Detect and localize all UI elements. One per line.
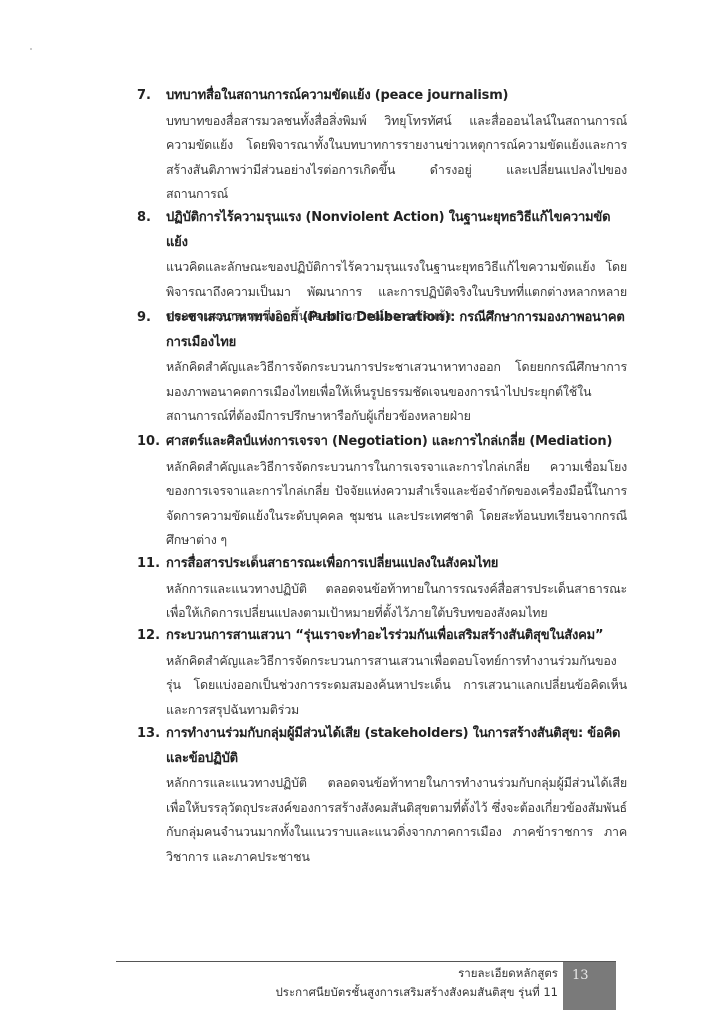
item-description: บทบาทของสื่อสารมวลชนทั้งสื่อสิ่งพิมพ์ วิ… [166, 109, 627, 207]
item-title: ปฏิบัติการไร้ความรุนแรง (Nonviolent Acti… [166, 206, 627, 255]
footer-caption: รายละเอียดหลักสูตร ประกาศนียบัตรชั้นสูงก… [276, 964, 559, 1002]
footer-line-1: รายละเอียดหลักสูตร [276, 964, 559, 983]
document-page: 7. บทบาทสื่อในสถานการณ์ความขัดแย้ง (peac… [0, 0, 724, 1024]
item-description: หลักการและแนวทางปฏิบัติ ตลอดจนข้อท้าทายใ… [166, 577, 627, 626]
page-number-box: 13 [563, 962, 616, 1010]
item-number: 10. [137, 430, 165, 455]
item-title: ประชาเสวนาหาทางออก (Public Deliberation)… [166, 306, 627, 355]
course-item-10: 10. ศาสตร์และศิลป์แห่งการเจรจา (Negotiat… [137, 430, 627, 553]
course-item-9: 9. ประชาเสวนาหาทางออก (Public Deliberati… [137, 306, 627, 429]
item-description: หลักคิดสำคัญและวิธีการจัดกระบวนการประชาเ… [166, 355, 627, 429]
item-description: หลักคิดสำคัญและวิธีการจัดกระบวนการในการเ… [166, 455, 627, 553]
item-number: 13. [137, 722, 165, 747]
course-item-7: 7. บทบาทสื่อในสถานการณ์ความขัดแย้ง (peac… [137, 84, 627, 207]
item-title: บทบาทสื่อในสถานการณ์ความขัดแย้ง (peace j… [166, 84, 627, 109]
item-title: การสื่อสารประเด็นสาธารณะเพื่อการเปลี่ยนแ… [166, 552, 627, 577]
item-description: หลักการและแนวทางปฏิบัติ ตลอดจนข้อท้าทายใ… [166, 771, 627, 869]
item-number: 12. [137, 624, 165, 649]
item-description: หลักคิดสำคัญและวิธีการจัดกระบวนการสานเสว… [166, 649, 627, 723]
item-number: 7. [137, 84, 165, 109]
item-number: 8. [137, 206, 165, 231]
footer-line-2: ประกาศนียบัตรชั้นสูงการเสริมสร้างสังคมสั… [276, 983, 559, 1002]
footer-divider [116, 961, 616, 962]
course-item-11: 11. การสื่อสารประเด็นสาธารณะเพื่อการเปลี… [137, 552, 627, 626]
item-number: 9. [137, 306, 165, 331]
item-number: 11. [137, 552, 165, 577]
item-title: กระบวนการสานเสวนา “รุ่นเราจะทำอะไรร่วมกั… [166, 624, 627, 649]
course-item-13: 13. การทำงานร่วมกับกลุ่มผู้มีส่วนได้เสีย… [137, 722, 627, 869]
course-item-12: 12. กระบวนการสานเสวนา “รุ่นเราจะทำอะไรร่… [137, 624, 627, 722]
page-number: 13 [572, 968, 589, 983]
scan-speck [30, 48, 32, 50]
item-title: การทำงานร่วมกับกลุ่มผู้มีส่วนได้เสีย (st… [166, 722, 627, 771]
item-title: ศาสตร์และศิลป์แห่งการเจรจา (Negotiation)… [166, 430, 627, 455]
